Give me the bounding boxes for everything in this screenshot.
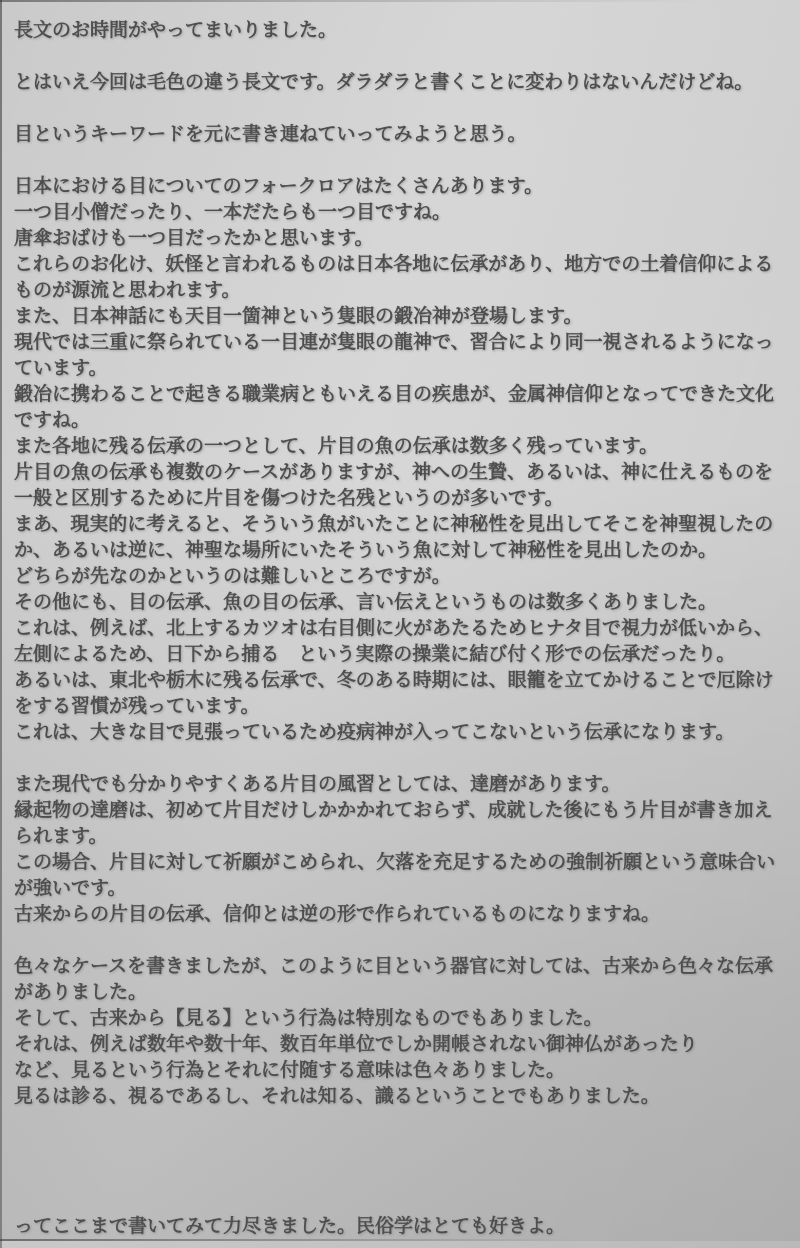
text-line: 古来からの片目の伝承、信仰とは逆の形で作られているものになりますね。 [14, 901, 786, 927]
text-line: この場合、片目に対して祈願がこめられ、欠落を充足するための強制祈願という意味合い [14, 849, 786, 875]
blank-line [14, 1109, 786, 1135]
text-line: ですね。 [14, 407, 786, 433]
text-line: が強いです。 [14, 875, 786, 901]
blank-line [14, 745, 786, 771]
text-line: など、見るという行為とそれに付随する意味は色々ありました。 [14, 1057, 786, 1083]
text-line: 唐傘おばけも一つ目だったかと思います。 [14, 225, 786, 251]
text-line: 目というキーワードを元に書き連ねていってみようと思う。 [14, 121, 786, 147]
text-line: 長文のお時間がやってまいりました。 [14, 17, 786, 43]
blank-line [14, 927, 786, 953]
text-line: これは、大きな目で見張っているため疫病神が入ってこないという伝承になります。 [14, 719, 786, 745]
text-line: ています。 [14, 355, 786, 381]
text-document-page: 長文のお時間がやってまいりました。とはいえ今回は毛色の違う長文です。ダラダラと書… [0, 0, 800, 1248]
text-line: これらのお化け、妖怪と言われるものは日本各地に伝承があり、地方での土着信仰による [14, 251, 786, 277]
text-line: 左側によるため、日下から捕る という実際の操業に結び付く形での伝承だったり。 [14, 641, 786, 667]
text-line: 鍛冶に携わることで起きる職業病ともいえる目の疾患が、金属神信仰となってできた文化 [14, 381, 786, 407]
bottom-edge-shadow [0, 1239, 800, 1241]
text-line: これは、例えば、北上するカツオは右目側に火があたるためヒナタ目で視力が低いから、 [14, 615, 786, 641]
text-line: 一つ目小僧だったり、一本だたらも一つ目ですね。 [14, 199, 786, 225]
text-line: 日本における目についてのフォークロアはたくさんあります。 [14, 173, 786, 199]
text-line: 一般と区別するために片目を傷つけた名残というのが多いです。 [14, 485, 786, 511]
text-line: 見るは診る、視るであるし、それは知る、識るということでもありました。 [14, 1083, 786, 1109]
blank-line [14, 43, 786, 69]
blank-line [14, 1135, 786, 1161]
text-line: あるいは、東北や栃木に残る伝承で、冬のある時期には、眼籠を立てかけることで厄除け [14, 667, 786, 693]
text-line: まあ、現実的に考えると、そういう魚がいたことに神秘性を見出してそこを神聖視したの [14, 511, 786, 537]
text-line: ものが源流と思われます。 [14, 277, 786, 303]
text-line: また、日本神話にも天目一箇神という隻眼の鍛冶神が登場します。 [14, 303, 786, 329]
text-line: また現代でも分かりやすくある片目の風習としては、達磨があります。 [14, 771, 786, 797]
document-body: 長文のお時間がやってまいりました。とはいえ今回は毛色の違う長文です。ダラダラと書… [0, 0, 800, 1239]
text-line: また各地に残る伝承の一つとして、片目の魚の伝承は数多く残っています。 [14, 433, 786, 459]
text-line: か、あるいは逆に、神聖な場所にいたそういう魚に対して神秘性を見出したのか。 [14, 537, 786, 563]
text-line: とはいえ今回は毛色の違う長文です。ダラダラと書くことに変わりはないんだけどね。 [14, 69, 786, 95]
text-line: どちらが先なのかというのは難しいところですが。 [14, 563, 786, 589]
text-line: がありました。 [14, 979, 786, 1005]
text-line: そして、古来から【見る】という行為は特別なものでもありました。 [14, 1005, 786, 1031]
text-line: 色々なケースを書きましたが、このように目という器官に対しては、古来から色々な伝承 [14, 953, 786, 979]
top-edge-shadow [0, 0, 800, 2]
text-line: ってここまで書いてみて力尽きました。民俗学はとても好きよ。 [14, 1213, 786, 1239]
text-line: その他にも、目の伝承、魚の目の伝承、言い伝えというものは数多くありました。 [14, 589, 786, 615]
left-edge-shadow [0, 0, 2, 1248]
text-line: 縁起物の達磨は、初めて片目だけしかかかれておらず、成就した後にもう片目が書き加え [14, 797, 786, 823]
bottom-edge-strip [0, 1241, 800, 1248]
text-line: をする習慣が残っています。 [14, 693, 786, 719]
text-line: それは、例えば数年や数十年、数百年単位でしか開帳されない御神仏があったり [14, 1031, 786, 1057]
blank-line [14, 147, 786, 173]
text-line: られます。 [14, 823, 786, 849]
text-line: 片目の魚の伝承も複数のケースがありますが、神への生贄、あるいは、神に仕えるものを [14, 459, 786, 485]
blank-line [14, 95, 786, 121]
text-line: 現代では三重に祭られている一目連が隻眼の龍神で、習合により同一視されるようになっ [14, 329, 786, 355]
blank-line [14, 1161, 786, 1187]
blank-line [14, 1187, 786, 1213]
